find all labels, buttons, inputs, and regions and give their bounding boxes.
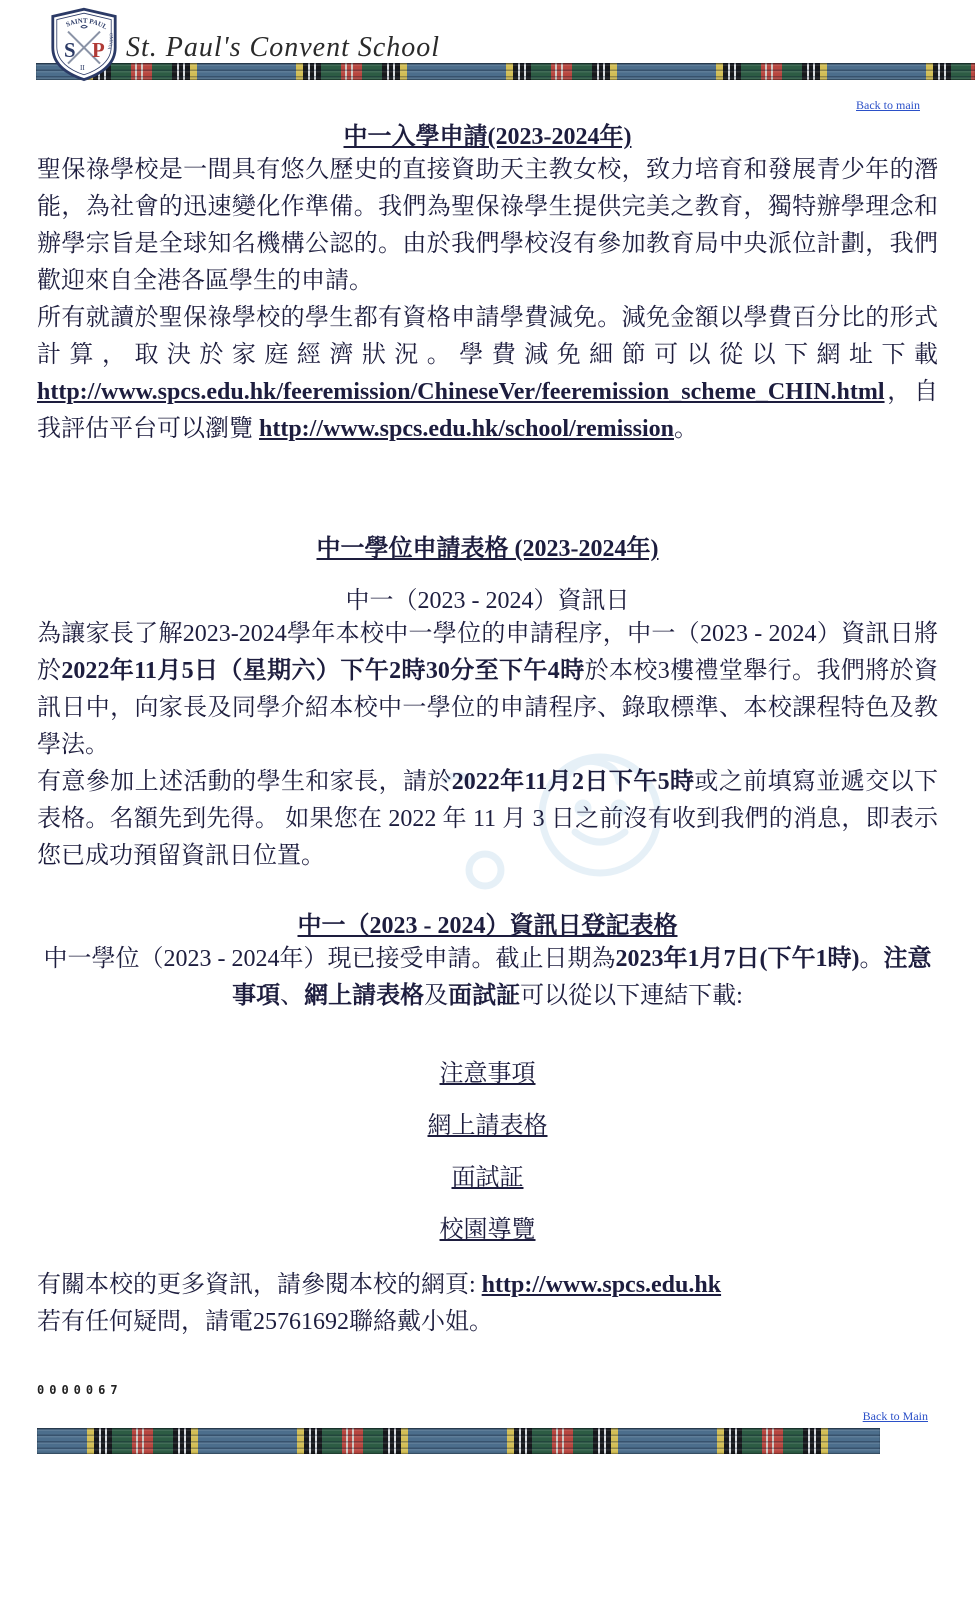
application-open-paragraph: 中一學位（2023 - 2024年）現已接受申請。截止日期為2023年1月7日(… — [37, 941, 938, 1015]
crest-letter-s: S — [64, 39, 76, 62]
text-run: 可以從以下連結下載: — [520, 983, 743, 1009]
info-day-subheading: 中一（2023 - 2024）資訊日 — [37, 586, 938, 616]
tartan-banner-bottom — [37, 1428, 880, 1454]
text-run: 、 — [280, 983, 304, 1009]
intro-paragraph: 聖保祿學校是一間具有悠久歷史的直接資助天主教女校，致力培育和發展青少年的潛能，為… — [37, 152, 938, 300]
text-run: 所有就讀於聖保祿學校的學生都有資格申請學費減免。減免金額以學費百分比的形式計算，… — [37, 305, 938, 368]
page-title: 中一入學申請(2023-2024年) — [37, 122, 938, 152]
more-info-paragraph: 有關本校的更多資訊，請參閱本校的網頁: http://www.spcs.edu.… — [37, 1267, 938, 1304]
text-run: 2023年1月7日(下午1時) — [616, 946, 860, 972]
text-run: 聖保祿學校是一間具有悠久歷史的直接資助天主教女校，致力培育和發展青少年的潛能，為… — [37, 157, 938, 294]
visit-counter: 0000067 — [37, 1383, 938, 1397]
download-links-list: 注意事項 網上請表格 面試証 校園導覽 — [37, 1059, 938, 1245]
header: SAINT PAUL'S OMNIA S P II St. Paul's Con… — [0, 0, 975, 84]
text-run: 面試証 — [448, 983, 520, 1009]
text-run: 。 — [674, 416, 698, 442]
school-crest-logo: SAINT PAUL'S OMNIA S P II — [43, 6, 125, 82]
text-run: 2022年11月2日下午5時 — [452, 769, 695, 795]
text-run: 有關本校的更多資訊，請參閱本校的網頁: — [37, 1272, 482, 1298]
info-day-registration-heading: 中一（2023 - 2024）資訊日登記表格 — [37, 911, 938, 941]
text-run: 若有任何疑問，請電25761692聯絡戴小姐。 — [37, 1309, 493, 1335]
back-to-main-bottom-row: Back to Main — [0, 1409, 975, 1423]
info-day-paragraph: 為讓家長了解2023-2024學年本校中一學位的申請程序，中一（2023 - 2… — [37, 616, 938, 764]
crest-numerals: II — [80, 64, 85, 72]
tartan-banner-top — [36, 63, 975, 80]
link-row: 注意事項 — [37, 1059, 938, 1089]
link-row: 校園導覽 — [37, 1215, 938, 1245]
doc-link-online-form[interactable]: 網上請表格 — [428, 1113, 548, 1139]
fee-remission-paragraph: 所有就讀於聖保祿學校的學生都有資格申請學費減免。減免金額以學費百分比的形式計算，… — [37, 300, 938, 448]
crest-letter-p: P — [92, 39, 105, 62]
back-to-main-top-link[interactable]: Back to main — [856, 98, 920, 112]
link-row: 面試証 — [37, 1163, 938, 1193]
school-name: St. Paul's Convent School — [126, 32, 440, 64]
text-run: 2022年11月5日（星期六）下午2時30分至下午4時 — [61, 658, 584, 684]
back-to-main-top-row: Back to main — [0, 98, 975, 112]
link-row: 網上請表格 — [37, 1111, 938, 1141]
doc-link-notes[interactable]: 注意事項 — [440, 1061, 536, 1087]
doc-link-campus-tour[interactable]: 校園導覽 — [440, 1217, 536, 1243]
text-run: 中一學位（2023 - 2024年）現已接受申請。截止日期為 — [44, 946, 616, 972]
text-run: 。 — [859, 946, 883, 972]
application-form-heading: 中一學位申請表格 (2023-2024年) — [37, 534, 938, 564]
inline-link[interactable]: http://www.spcs.edu.hk/feeremission/Chin… — [37, 379, 885, 405]
contact-paragraph: 若有任何疑問，請電25761692聯絡戴小姐。 — [37, 1304, 938, 1341]
inline-link[interactable]: http://www.spcs.edu.hk/school/remission — [259, 416, 674, 442]
back-to-main-bottom-link[interactable]: Back to Main — [863, 1409, 928, 1423]
text-run: 及 — [424, 983, 448, 1009]
inline-link[interactable]: http://www.spcs.edu.hk — [482, 1272, 721, 1298]
main-content: 中一入學申請(2023-2024年) 聖保祿學校是一間具有悠久歷史的直接資助天主… — [0, 122, 975, 1397]
text-run: 有意參加上述活動的學生和家長，請於 — [37, 769, 452, 795]
doc-link-interview-card[interactable]: 面試証 — [452, 1165, 524, 1191]
registration-deadline-paragraph: 有意參加上述活動的學生和家長，請於2022年11月2日下午5時或之前填寫並遞交以… — [37, 764, 938, 875]
text-run: 網上請表格 — [304, 983, 424, 1009]
